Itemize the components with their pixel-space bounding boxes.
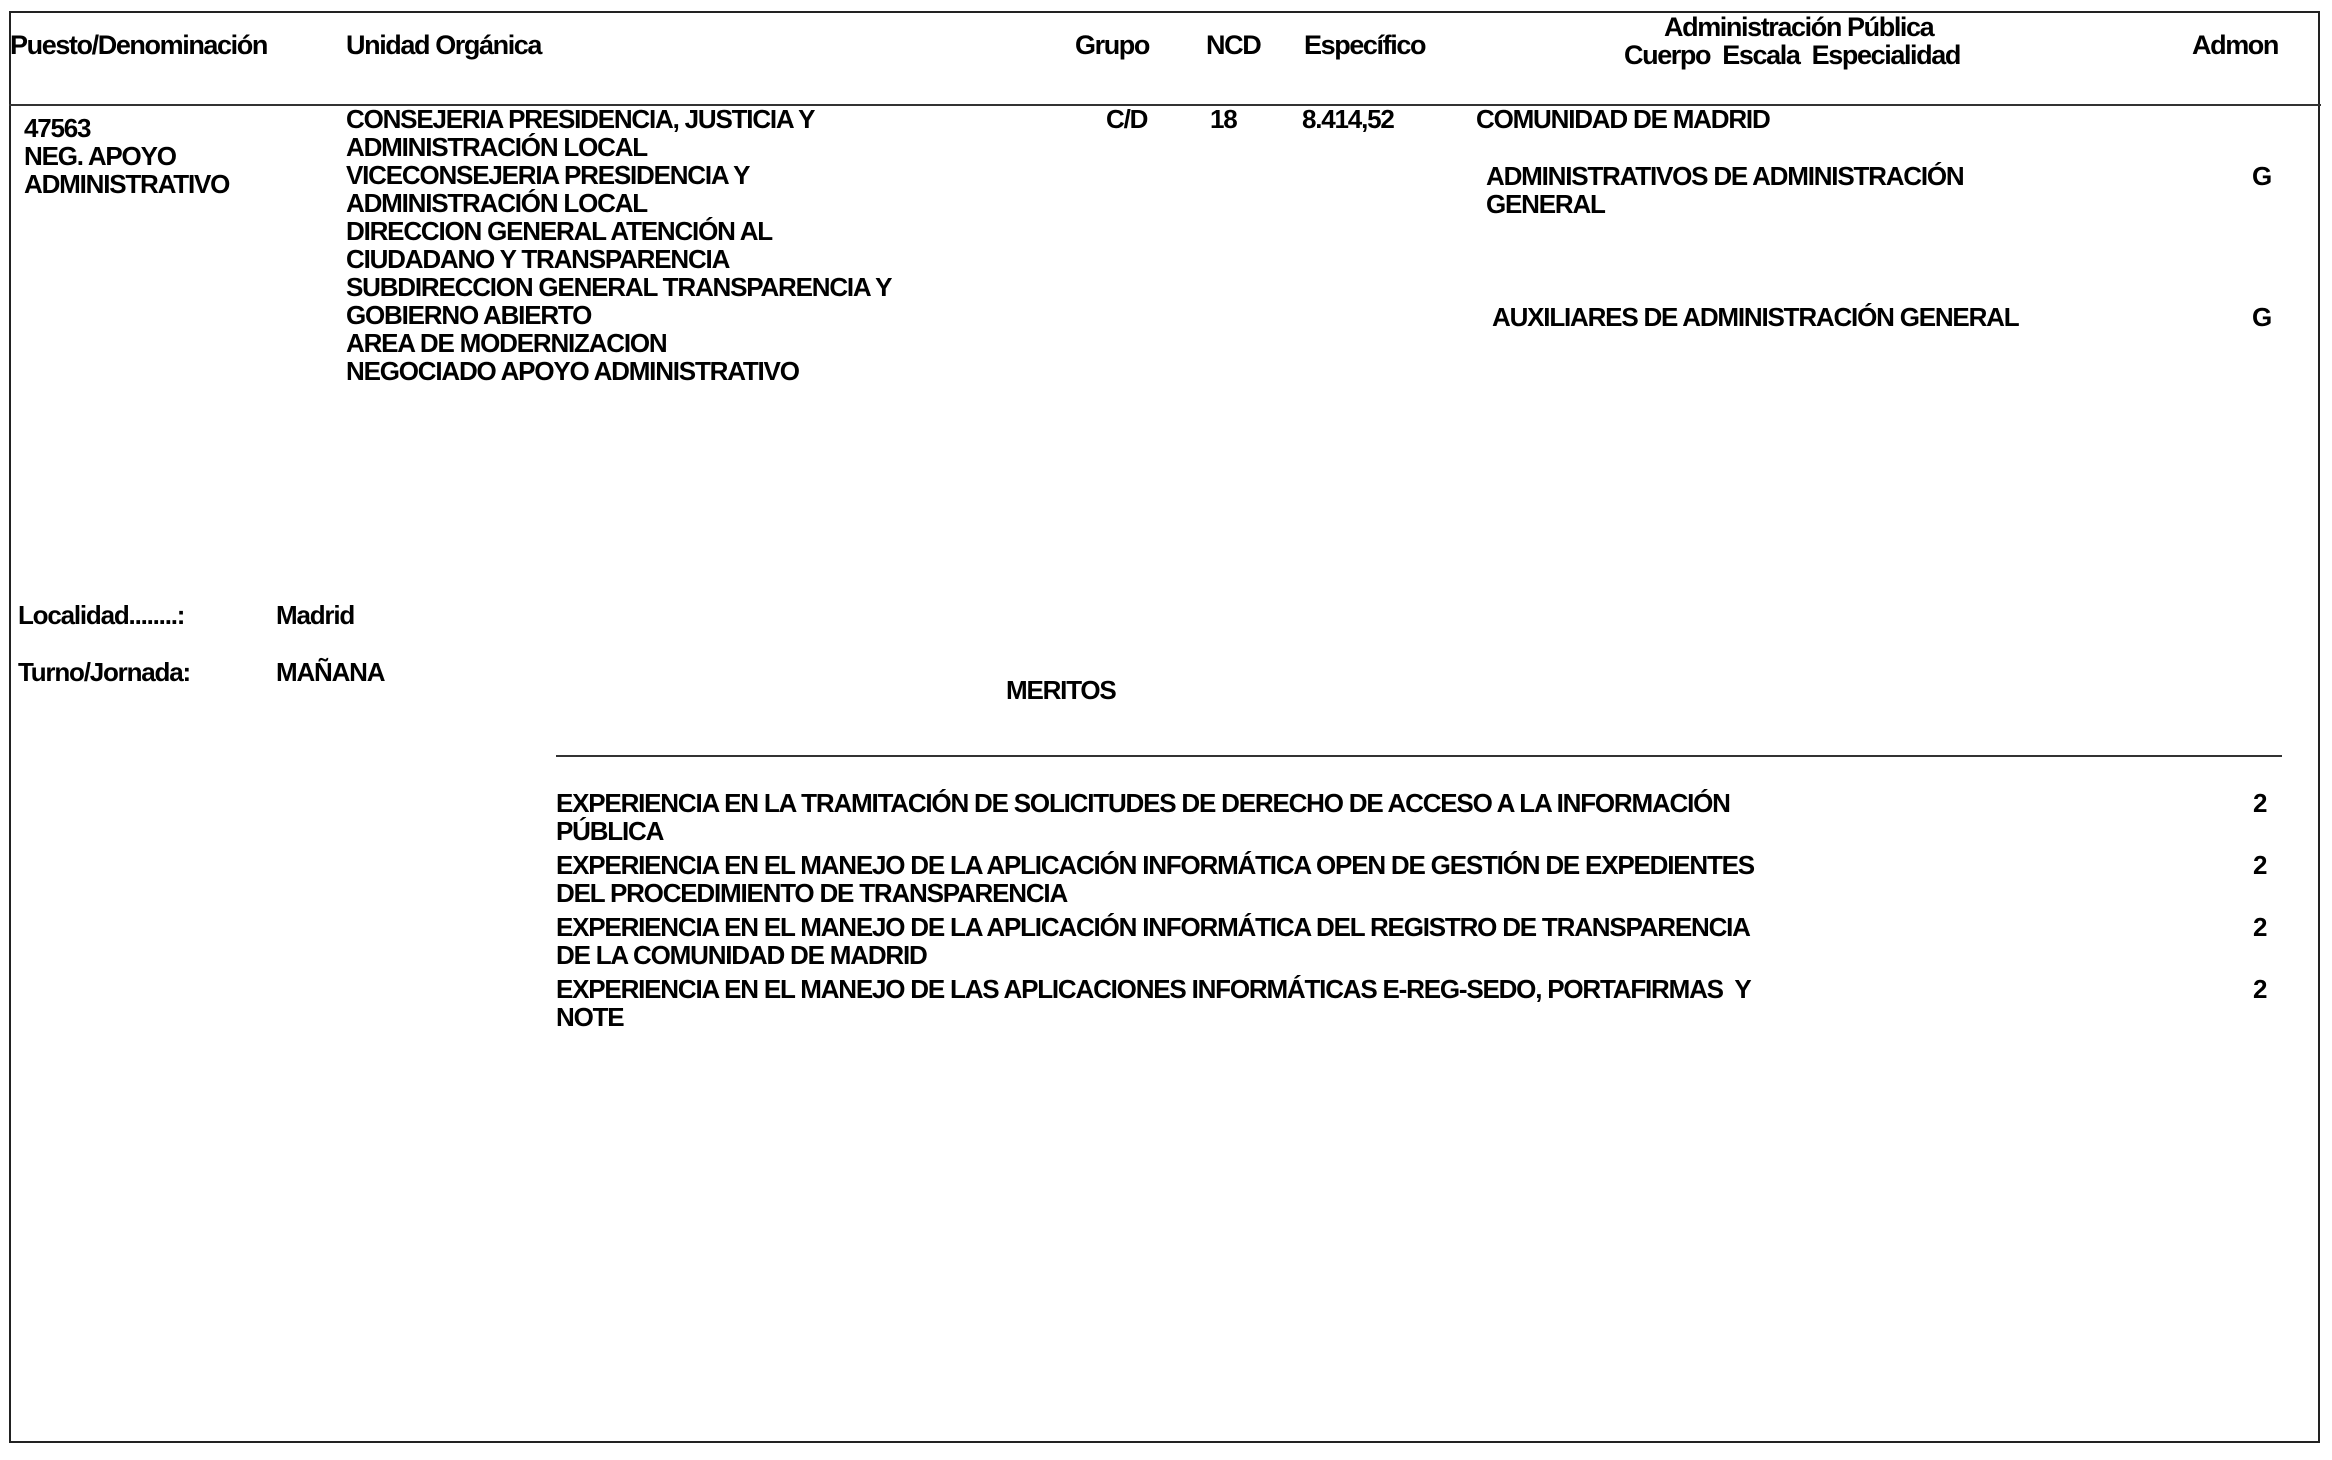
merito-item: EXPERIENCIA EN EL MANEJO DE LAS APLICACI… — [556, 975, 2316, 1031]
unidad-line: CIUDADANO Y TRANSPARENCIA — [346, 245, 891, 273]
merito-line: EXPERIENCIA EN EL MANEJO DE LA APLICACIÓ… — [556, 913, 1750, 941]
cuerpo-2: AUXILIARES DE ADMINISTRACIÓN GENERAL — [1492, 303, 2018, 331]
unidad-line: VICECONSEJERIA PRESIDENCIA Y — [346, 161, 891, 189]
localidad-label: Localidad........: — [18, 601, 184, 629]
meritos-divider — [556, 755, 2282, 757]
merito-line: EXPERIENCIA EN EL MANEJO DE LA APLICACIÓ… — [556, 851, 1754, 879]
unidad-line: ADMINISTRACIÓN LOCAL — [346, 189, 891, 217]
merito-line: DE LA COMUNIDAD DE MADRID — [556, 941, 1750, 969]
merito-points: 2 — [2253, 913, 2266, 941]
puesto-name-line: NEG. APOYO — [24, 142, 229, 170]
ncd-value: 18 — [1210, 105, 1237, 133]
header-especifico: Específico — [1304, 31, 1425, 59]
merito-item: EXPERIENCIA EN EL MANEJO DE LA APLICACIÓ… — [556, 913, 2316, 969]
merito-item: EXPERIENCIA EN LA TRAMITACIÓN DE SOLICIT… — [556, 789, 2316, 845]
cuerpo-2-admon: G — [2252, 303, 2271, 331]
unidad-line: NEGOCIADO APOYO ADMINISTRATIVO — [346, 357, 891, 385]
puesto-code: 47563 — [24, 114, 229, 142]
header-ncd: NCD — [1206, 31, 1260, 59]
unidad-line: DIRECCION GENERAL ATENCIÓN AL — [346, 217, 891, 245]
unidad-organica-block: CONSEJERIA PRESIDENCIA, JUSTICIA Y ADMIN… — [346, 105, 891, 385]
meritos-title: MERITOS — [1006, 676, 1116, 704]
header-unidad: Unidad Orgánica — [346, 31, 541, 59]
cuerpo-line: GENERAL — [1486, 190, 1964, 218]
merito-text: EXPERIENCIA EN EL MANEJO DE LA APLICACIÓ… — [556, 851, 1754, 907]
puesto-block: 47563 NEG. APOYO ADMINISTRATIVO — [24, 114, 229, 198]
header-admin-publica-line1: Administración Pública — [1664, 13, 1933, 41]
grupo-value: C/D — [1106, 105, 1147, 133]
turno-value: MAÑANA — [276, 658, 384, 686]
header-admin-publica-line2: Cuerpo Escala Especialidad — [1624, 41, 1960, 69]
header-admon: Admon — [2192, 31, 2278, 59]
administracion-value: COMUNIDAD DE MADRID — [1476, 105, 1770, 133]
unidad-line: AREA DE MODERNIZACION — [346, 329, 891, 357]
merito-points: 2 — [2253, 975, 2266, 1003]
merito-line: EXPERIENCIA EN EL MANEJO DE LAS APLICACI… — [556, 975, 1751, 1003]
unidad-line: CONSEJERIA PRESIDENCIA, JUSTICIA Y — [346, 105, 891, 133]
unidad-line: GOBIERNO ABIERTO — [346, 301, 891, 329]
merito-points: 2 — [2253, 851, 2266, 879]
puesto-name-line: ADMINISTRATIVO — [24, 170, 229, 198]
cuerpo-line: ADMINISTRATIVOS DE ADMINISTRACIÓN — [1486, 162, 1964, 190]
merito-text: EXPERIENCIA EN EL MANEJO DE LA APLICACIÓ… — [556, 913, 1750, 969]
merito-line: NOTE — [556, 1003, 1751, 1031]
cuerpo-1: ADMINISTRATIVOS DE ADMINISTRACIÓN GENERA… — [1486, 162, 1964, 218]
header-puesto: Puesto/Denominación — [10, 31, 267, 59]
cuerpo-line: AUXILIARES DE ADMINISTRACIÓN GENERAL — [1492, 303, 2018, 331]
unidad-line: SUBDIRECCION GENERAL TRANSPARENCIA Y — [346, 273, 891, 301]
merito-item: EXPERIENCIA EN EL MANEJO DE LA APLICACIÓ… — [556, 851, 2316, 907]
merito-text: EXPERIENCIA EN LA TRAMITACIÓN DE SOLICIT… — [556, 789, 1730, 845]
unidad-line: ADMINISTRACIÓN LOCAL — [346, 133, 891, 161]
merito-line: DEL PROCEDIMIENTO DE TRANSPARENCIA — [556, 879, 1754, 907]
localidad-value: Madrid — [276, 601, 354, 629]
cuerpo-1-admon: G — [2252, 162, 2271, 190]
merito-line: EXPERIENCIA EN LA TRAMITACIÓN DE SOLICIT… — [556, 789, 1730, 817]
header-grupo: Grupo — [1075, 31, 1149, 59]
turno-label: Turno/Jornada: — [18, 658, 190, 686]
especifico-value: 8.414,52 — [1302, 105, 1394, 133]
merito-points: 2 — [2253, 789, 2266, 817]
merito-line: PÚBLICA — [556, 817, 1730, 845]
merito-text: EXPERIENCIA EN EL MANEJO DE LAS APLICACI… — [556, 975, 1751, 1031]
